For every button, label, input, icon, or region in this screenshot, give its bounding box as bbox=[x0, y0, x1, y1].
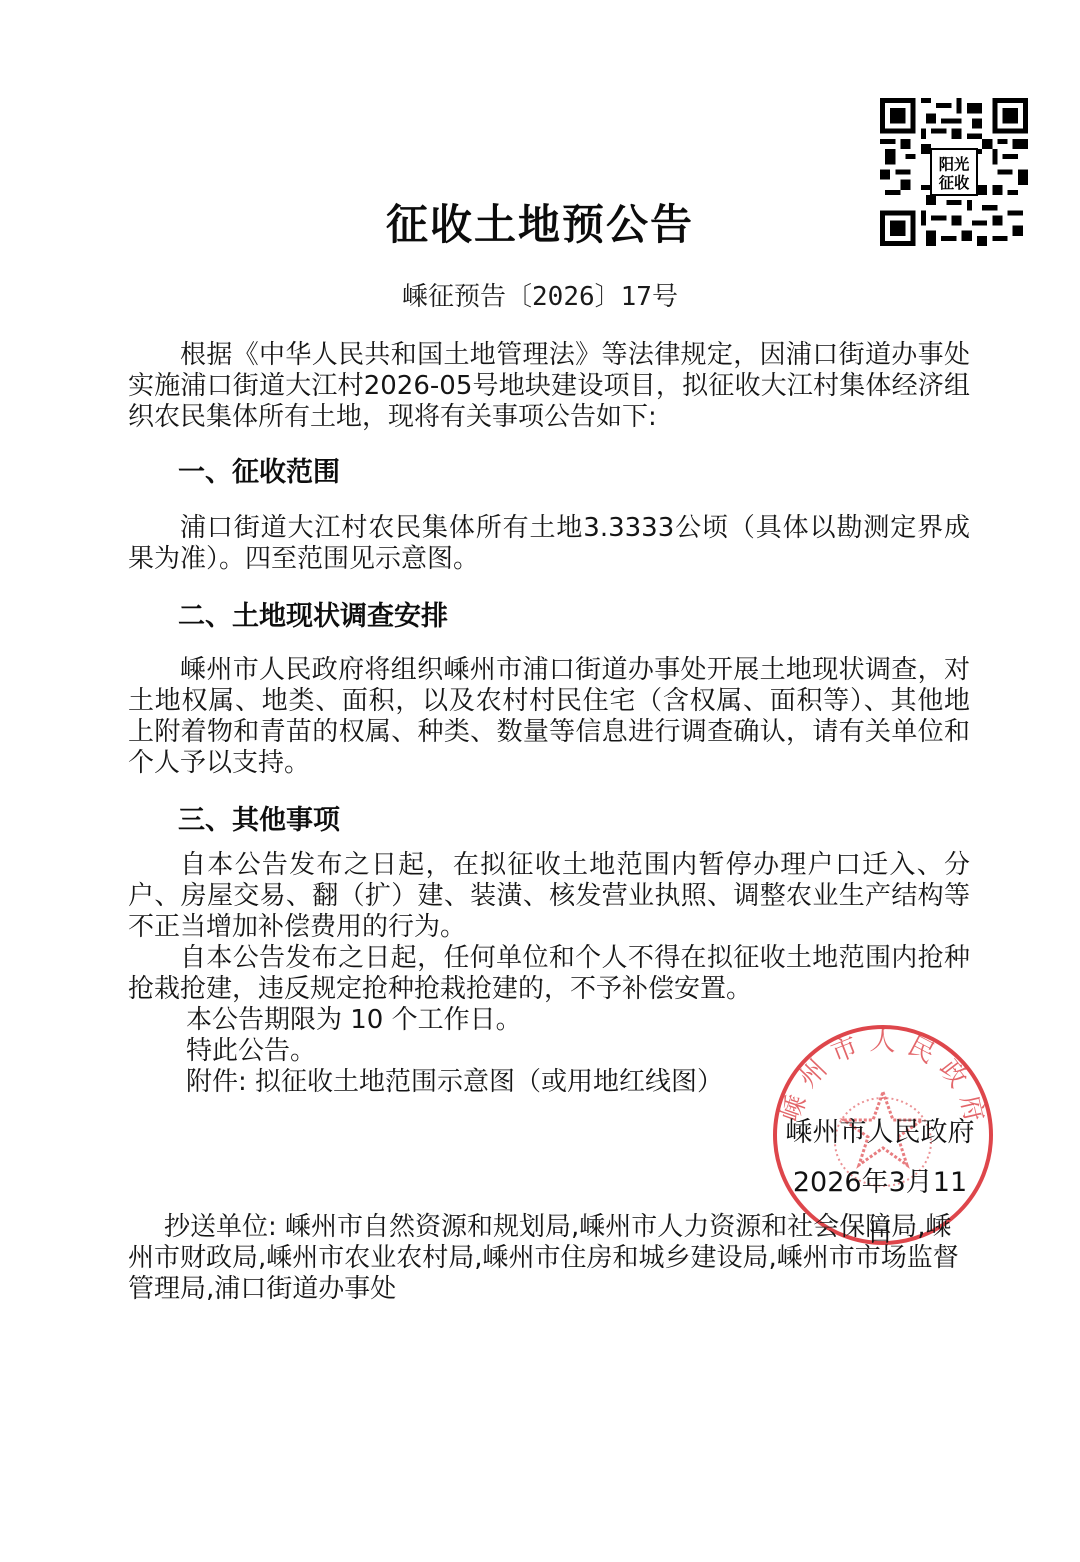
section-scope-body: 浦口街道大江村农民集体所有土地3.3333公顷（具体以勘测定界成果为准）。四至范… bbox=[128, 513, 970, 575]
issuer-name: 嵊州市人民政府 bbox=[780, 1108, 980, 1158]
survey-paragraph: 嵊州市人民政府将组织嵊州市浦口街道办事处开展土地现状调查，对土地权属、地类、面积… bbox=[128, 655, 970, 779]
svg-text:阳光: 阳光 bbox=[939, 155, 970, 173]
intro-text: 根据《中华人民共和国土地管理法》等法律规定，因浦口街道办事处实施浦口街道大江村2… bbox=[128, 340, 970, 433]
cc-text: 抄送单位: 嵊州市自然资源和规划局,嵊州市人力资源和社会保障局,嵊州市财政局,嵊… bbox=[128, 1212, 970, 1305]
cc-list: 抄送单位: 嵊州市自然资源和规划局,嵊州市人力资源和社会保障局,嵊州市财政局,嵊… bbox=[128, 1212, 970, 1305]
svg-text:征收: 征收 bbox=[939, 174, 970, 192]
document-title: 征收土地预公告 bbox=[0, 192, 1080, 252]
document-number: 嵊征预告〔2026〕17号 bbox=[0, 276, 1080, 313]
scope-paragraph: 浦口街道大江村农民集体所有土地3.3333公顷（具体以勘测定界成果为准）。四至范… bbox=[128, 513, 970, 575]
section-heading-scope: 一、征收范围 bbox=[178, 450, 340, 489]
intro-paragraph: 根据《中华人民共和国土地管理法》等法律规定，因浦口街道办事处实施浦口街道大江村2… bbox=[128, 340, 970, 433]
other-paragraph-2: 自本公告发布之日起，任何单位和个人不得在拟征收土地范围内抢种抢栽抢建，违反规定抢… bbox=[128, 943, 970, 1005]
other-paragraph-1: 自本公告发布之日起，在拟征收土地范围内暂停办理户口迁入、分户、房屋交易、翻（扩）… bbox=[128, 850, 970, 943]
section-heading-other: 三、其他事项 bbox=[178, 798, 340, 837]
section-survey-body: 嵊州市人民政府将组织嵊州市浦口街道办事处开展土地现状调查，对土地权属、地类、面积… bbox=[128, 655, 970, 779]
section-heading-survey: 二、土地现状调查安排 bbox=[178, 594, 448, 633]
